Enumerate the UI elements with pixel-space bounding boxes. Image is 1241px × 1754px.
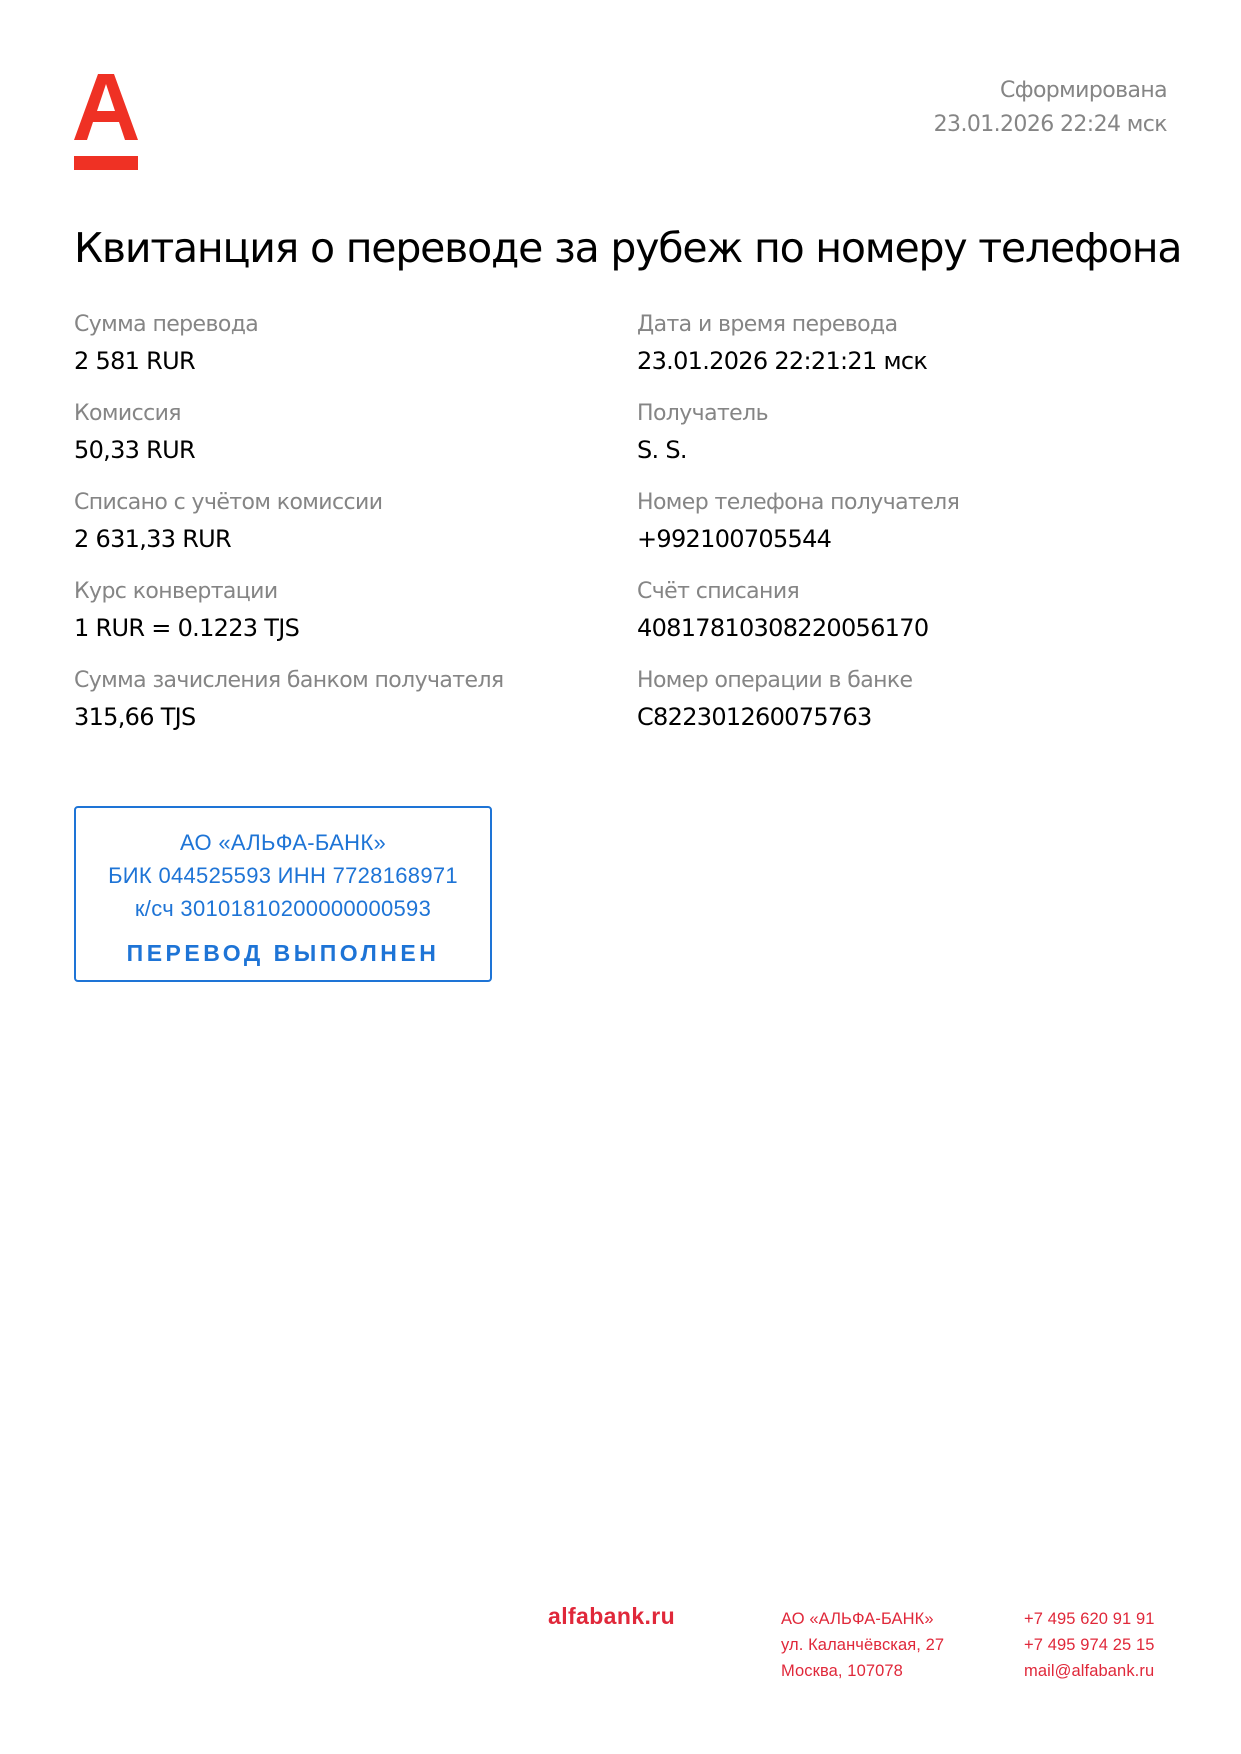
field-label: Курс конвертации xyxy=(74,575,637,609)
bank-stamp: АО «АЛЬФА-БАНК» БИК 044525593 ИНН 772816… xyxy=(74,806,492,982)
field-value: C822301260075763 xyxy=(637,698,1137,736)
field-transfer-datetime: Дата и время перевода 23.01.2026 22:21:2… xyxy=(637,308,1137,397)
field-value: 2 631,33 RUR xyxy=(74,520,637,558)
generated-datetime: 23.01.2026 22:24 мск xyxy=(934,108,1167,142)
field-value: S. S. xyxy=(637,431,1137,469)
field-value: 1 RUR = 0.1223 TJS xyxy=(74,609,637,647)
field-recipient-phone: Номер телефона получателя +992100705544 xyxy=(637,486,1137,575)
field-label: Номер телефона получателя xyxy=(637,486,1137,520)
field-value: +992100705544 xyxy=(637,520,1137,558)
footer-address-line: АО «АЛЬФА-БАНК» xyxy=(781,1606,944,1632)
field-operation-number: Номер операции в банке C822301260075763 xyxy=(637,664,1137,753)
field-label: Дата и время перевода xyxy=(637,308,1137,342)
footer-address-line: Москва, 107078 xyxy=(781,1658,944,1684)
footer-email[interactable]: mail@alfabank.ru xyxy=(1024,1658,1155,1684)
footer-phone-2[interactable]: +7 495 974 25 15 xyxy=(1024,1632,1155,1658)
fields-right-column: Дата и время перевода 23.01.2026 22:21:2… xyxy=(637,308,1137,753)
field-value: 2 581 RUR xyxy=(74,342,637,380)
alfa-bank-logo-icon xyxy=(74,74,138,170)
page-title: Квитанция о переводе за рубеж по номеру … xyxy=(74,220,1181,276)
field-commission: Комиссия 50,33 RUR xyxy=(74,397,637,486)
field-label: Номер операции в банке xyxy=(637,664,1137,698)
field-label: Получатель xyxy=(637,397,1137,431)
field-value: 315,66 TJS xyxy=(74,698,637,736)
generated-info: Сформирована 23.01.2026 22:24 мск xyxy=(934,74,1167,142)
footer-phone-1[interactable]: +7 495 620 91 91 xyxy=(1024,1606,1155,1632)
field-value: 23.01.2026 22:21:21 мск xyxy=(637,342,1137,380)
field-debited-total: Списано с учётом комиссии 2 631,33 RUR xyxy=(74,486,637,575)
fields-left-column: Сумма перевода 2 581 RUR Комиссия 50,33 … xyxy=(74,308,637,753)
field-credited-amount: Сумма зачисления банком получателя 315,6… xyxy=(74,664,637,753)
field-label: Комиссия xyxy=(74,397,637,431)
field-label: Сумма перевода xyxy=(74,308,637,342)
field-transfer-amount: Сумма перевода 2 581 RUR xyxy=(74,308,637,397)
field-label: Сумма зачисления банком получателя xyxy=(74,664,637,698)
footer-contacts: +7 495 620 91 91 +7 495 974 25 15 mail@a… xyxy=(1024,1606,1155,1684)
field-label: Счёт списания xyxy=(637,575,1137,609)
stamp-status: ПЕРЕВОД ВЫПОЛНЕН xyxy=(76,938,490,968)
field-value: 40817810308220056170 xyxy=(637,609,1137,647)
footer-site-link[interactable]: alfabank.ru xyxy=(548,1603,675,1630)
field-exchange-rate: Курс конвертации 1 RUR = 0.1223 TJS xyxy=(74,575,637,664)
footer-address: АО «АЛЬФА-БАНК» ул. Каланчёвская, 27 Мос… xyxy=(781,1606,944,1684)
receipt-fields: Сумма перевода 2 581 RUR Комиссия 50,33 … xyxy=(74,308,1174,753)
field-label: Списано с учётом комиссии xyxy=(74,486,637,520)
stamp-corr-account: к/сч 30101810200000000593 xyxy=(76,892,490,925)
generated-label: Сформирована xyxy=(934,74,1167,108)
stamp-bik-inn: БИК 044525593 ИНН 7728168971 xyxy=(76,859,490,892)
field-value: 50,33 RUR xyxy=(74,431,637,469)
field-recipient: Получатель S. S. xyxy=(637,397,1137,486)
footer-address-line: ул. Каланчёвская, 27 xyxy=(781,1632,944,1658)
stamp-bank-name: АО «АЛЬФА-БАНК» xyxy=(76,826,490,859)
field-debit-account: Счёт списания 40817810308220056170 xyxy=(637,575,1137,664)
